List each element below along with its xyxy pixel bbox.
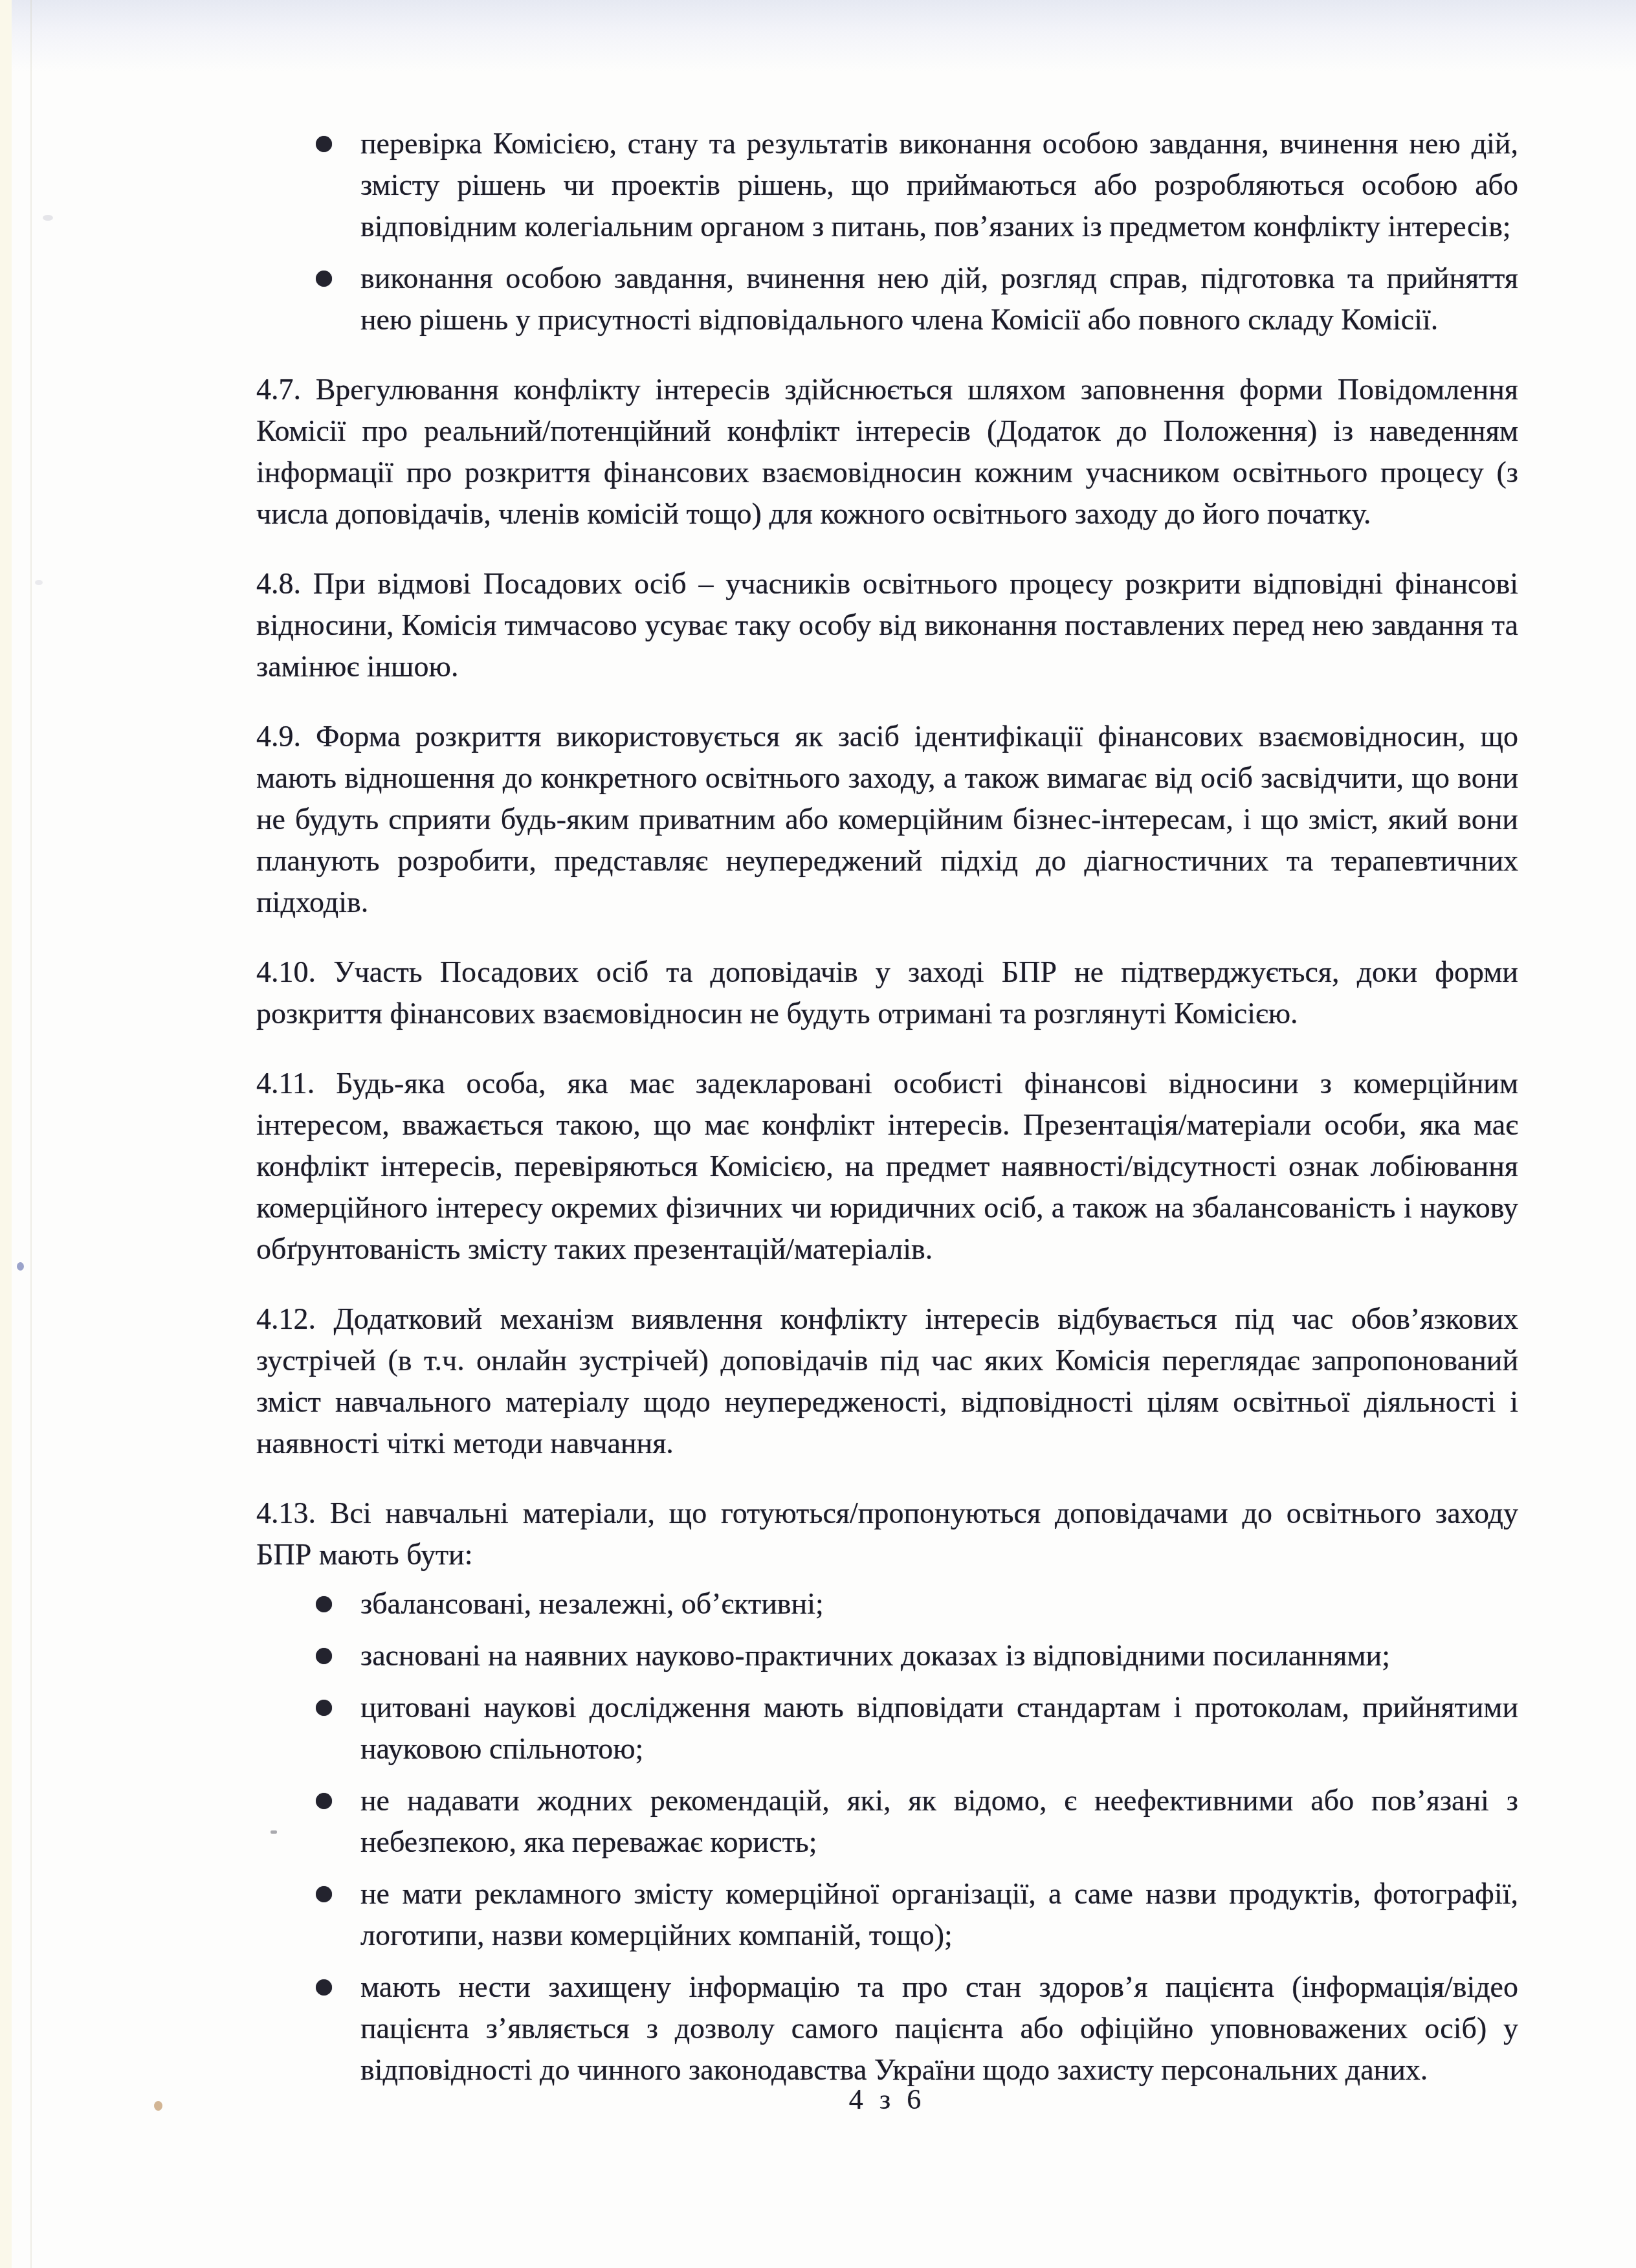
bullet-icon: [316, 1793, 332, 1809]
bullet-icon: [316, 1648, 332, 1664]
list-item: збалансовані, незалежні, об’єктивні;: [256, 1583, 1518, 1625]
list-item: виконання особою завдання, вчинення нею …: [256, 258, 1518, 340]
clause-text: Всі навчальні матеріали, що готуються/пр…: [256, 1496, 1518, 1571]
paragraph-4-7: 4.7. Врегулювання конфлікту інтересів зд…: [256, 369, 1518, 535]
clause-number: 4.7.: [256, 373, 301, 406]
list-item-text: не надавати жодних рекомендацій, які, як…: [360, 1780, 1518, 1863]
paragraph-4-8: 4.8. При відмові Посадових осіб – учасни…: [256, 563, 1518, 687]
clause-number: 4.12.: [256, 1302, 316, 1335]
bullet-icon: [316, 136, 332, 152]
clause-text: Участь Посадових осіб та доповідачів у з…: [256, 955, 1518, 1030]
list-item: перевірка Комісією, стану та результатів…: [256, 123, 1518, 247]
clause-number: 4.11.: [256, 1067, 315, 1100]
clause-text: При відмові Посадових осіб – учасників о…: [256, 567, 1518, 683]
training-materials-requirements-list: збалансовані, незалежні, об’єктивні; зас…: [256, 1583, 1518, 2091]
paragraph-4-11: 4.11. Будь-яка особа, яка має задекларов…: [256, 1063, 1518, 1270]
paragraph-4-9: 4.9. Форма розкриття використовується як…: [256, 716, 1518, 923]
list-item: цитовані наукові дослідження мають відпо…: [256, 1687, 1518, 1770]
bullet-icon: [316, 271, 332, 287]
paragraph-4-10: 4.10. Участь Посадових осіб та доповідач…: [256, 951, 1518, 1034]
paragraph-4-13: 4.13. Всі навчальні матеріали, що готуют…: [256, 1493, 1518, 1575]
list-item: не надавати жодних рекомендацій, які, як…: [256, 1780, 1518, 1863]
list-item-text: виконання особою завдання, вчинення нею …: [360, 258, 1518, 340]
clause-text: Врегулювання конфлікту інтересів здійсню…: [256, 373, 1518, 530]
clause-text: Будь-яка особа, яка має задекларовані ос…: [256, 1067, 1518, 1265]
list-item: мають нести захищену інформацію та про с…: [256, 1966, 1518, 2091]
clause-text: Додатковий механізм виявлення конфлікту …: [256, 1302, 1518, 1460]
list-item: засновані на наявних науково-практичних …: [256, 1635, 1518, 1676]
list-item-text: перевірка Комісією, стану та результатів…: [360, 123, 1518, 247]
clause-number: 4.13.: [256, 1496, 316, 1529]
list-item-text: не мати рекламного змісту комерційної ор…: [360, 1873, 1518, 1956]
list-item-text: засновані на наявних науково-практичних …: [360, 1635, 1518, 1676]
conflict-monitoring-bullet-list: перевірка Комісією, стану та результатів…: [256, 123, 1518, 340]
clause-number: 4.9.: [256, 720, 301, 753]
paragraph-4-12: 4.12. Додатковий механізм виявлення конф…: [256, 1298, 1518, 1464]
list-item: не мати рекламного змісту комерційної ор…: [256, 1873, 1518, 1956]
clause-text: Форма розкриття використовується як засі…: [256, 720, 1518, 918]
list-item-text: збалансовані, незалежні, об’єктивні;: [360, 1583, 1518, 1625]
document-body: перевірка Комісією, стану та результатів…: [0, 0, 1636, 2268]
list-item-text: цитовані наукові дослідження мають відпо…: [360, 1687, 1518, 1770]
bullet-icon: [316, 1700, 332, 1716]
bullet-icon: [316, 1886, 332, 1902]
clause-number: 4.8.: [256, 567, 301, 600]
page-number: 4 з 6: [256, 2083, 1518, 2116]
scanned-document-page: перевірка Комісією, стану та результатів…: [0, 0, 1636, 2268]
clause-number: 4.10.: [256, 955, 316, 988]
bullet-icon: [316, 1596, 332, 1612]
list-item-text: мають нести захищену інформацію та про с…: [360, 1966, 1518, 2091]
bullet-icon: [316, 1979, 332, 1996]
